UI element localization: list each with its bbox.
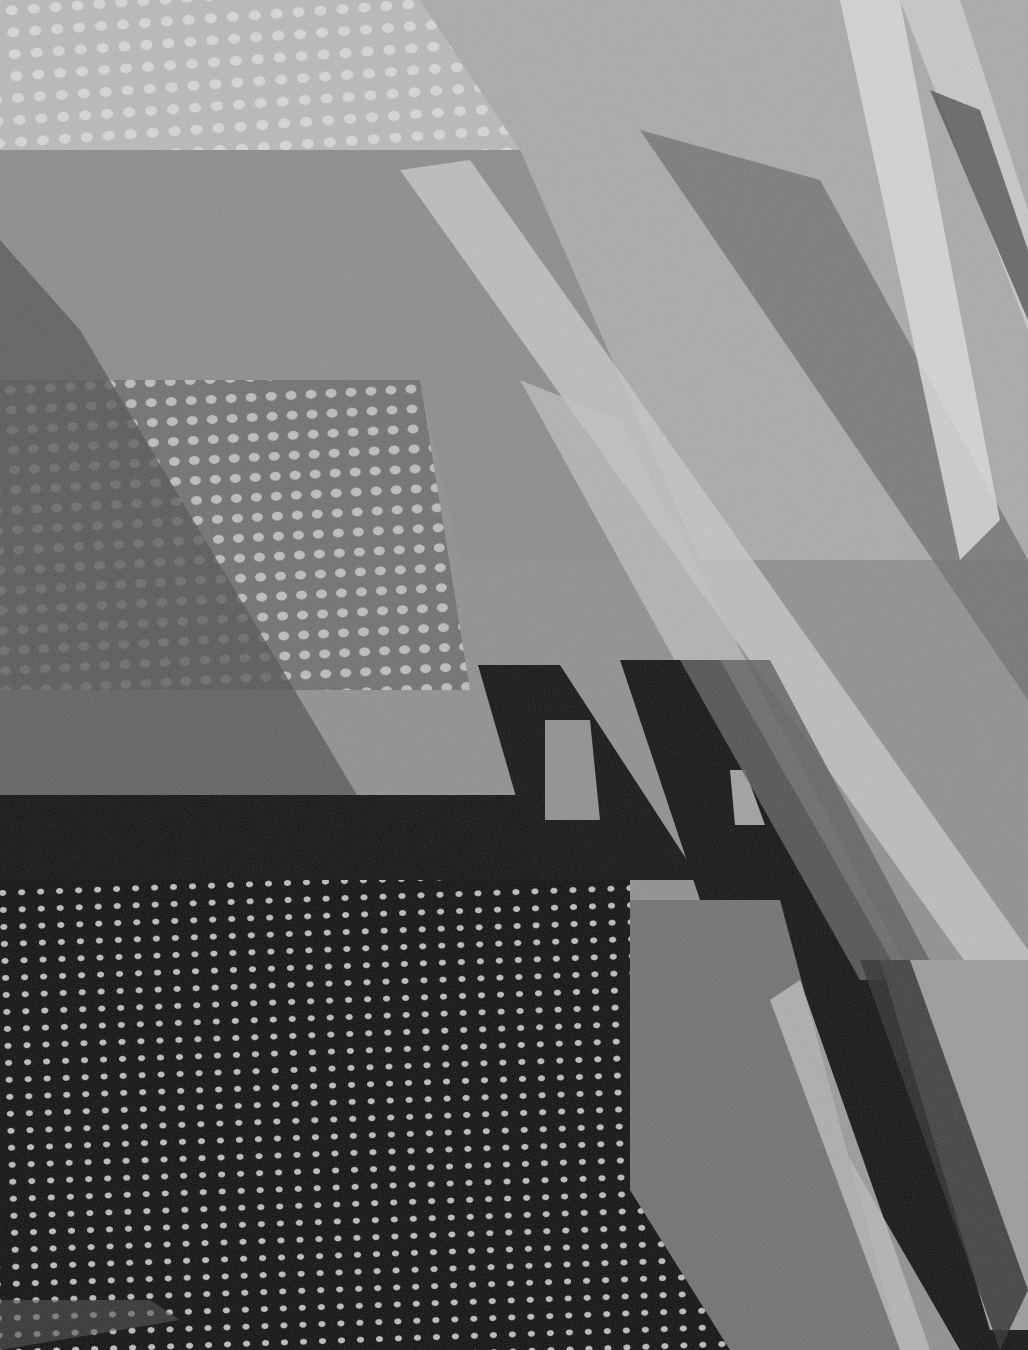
film-grain — [0, 0, 1028, 1350]
photograph — [0, 0, 1028, 1350]
